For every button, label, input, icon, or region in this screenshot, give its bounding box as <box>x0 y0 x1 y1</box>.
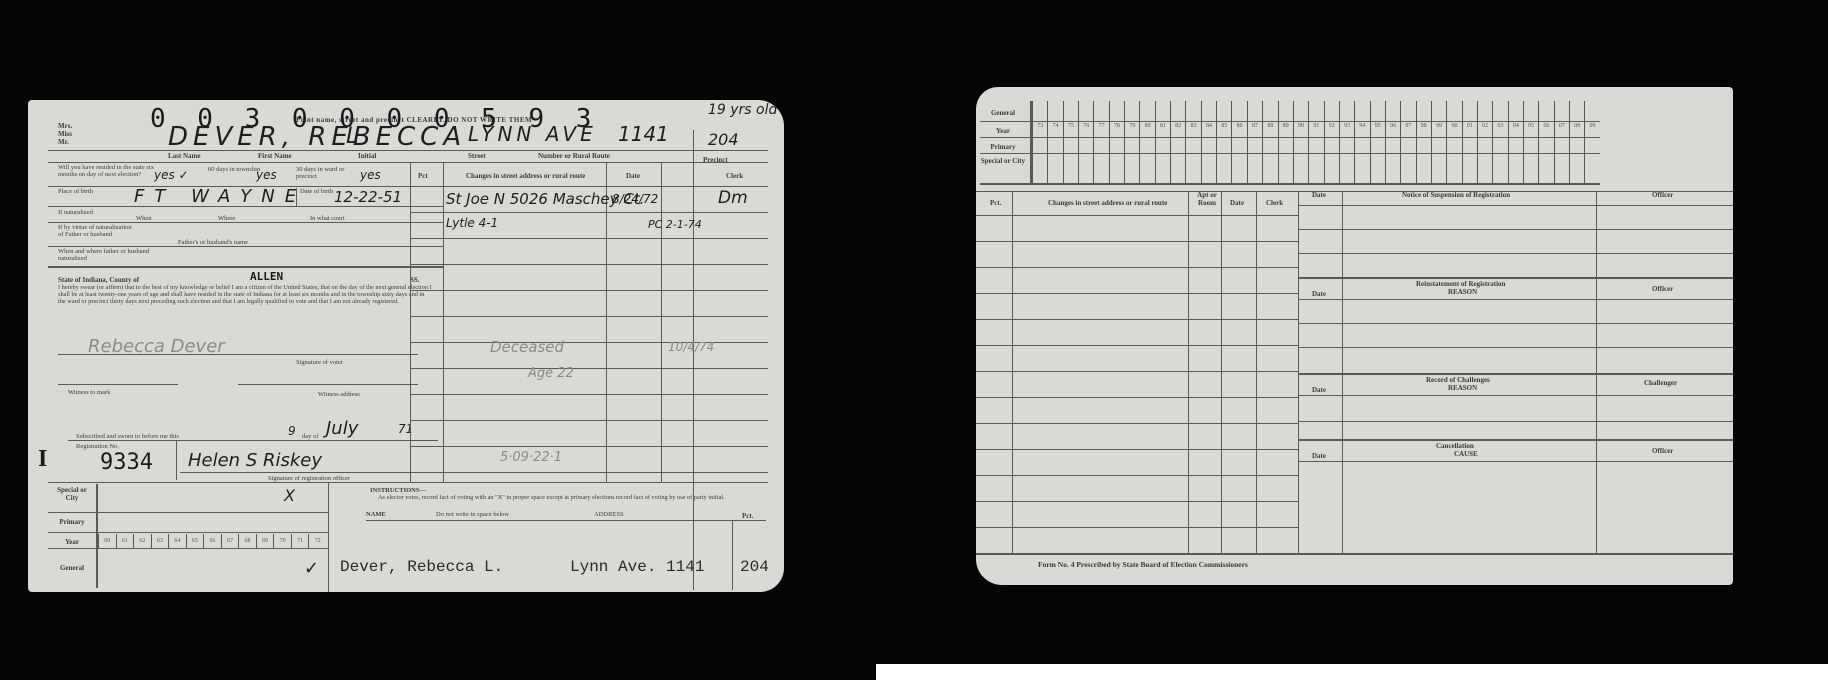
row-label-general: General <box>52 564 92 572</box>
change-text: Age 22 <box>528 366 574 381</box>
change-date: 8/24/72 <box>612 192 658 206</box>
year-label: 93 <box>1340 123 1354 129</box>
year-label: 79 <box>1125 123 1139 129</box>
year-label: 75 <box>1064 123 1078 129</box>
resided-question: Will you have resided in the state six m… <box>58 164 168 178</box>
year-cell: 63 <box>151 534 169 548</box>
reinstatement-reason-label: REASON <box>1448 288 1477 296</box>
by-virtue-label: If by virtue of naturalization of Father… <box>58 224 133 238</box>
year-label: 94 <box>1355 123 1369 129</box>
address-row-line <box>976 475 1298 476</box>
row-label-special: Special or City <box>52 486 92 502</box>
pct-header: Pct. <box>990 199 1001 207</box>
row-label-general: General <box>980 109 1026 117</box>
year-cell: 84 <box>1201 101 1216 183</box>
year-cell: 90 <box>1293 101 1308 183</box>
last-name-label: Last Name <box>168 152 200 160</box>
change-text: Lytle 4-1 <box>446 216 498 230</box>
typed-name: Dever, Rebecca L. <box>340 558 503 576</box>
challenger-label: Challenger <box>1644 379 1677 387</box>
precinct-handwritten: 204 <box>708 130 739 149</box>
year-label: 91 <box>1309 123 1323 129</box>
number-label: Number or Rural Route <box>538 152 610 160</box>
address-row-line <box>976 501 1298 502</box>
address-row-line <box>976 215 1298 216</box>
cancellation-officer-label: Officer <box>1652 447 1673 455</box>
do-not-write-label: Do not write in space below <box>436 510 509 519</box>
row-label-year: Year <box>980 127 1026 135</box>
officer-signature: Helen S Riskey <box>188 450 322 471</box>
year-label: 81 <box>1156 123 1170 129</box>
cancellation-cause-label: CAUSE <box>1454 450 1478 458</box>
cancellation-date-label: Date <box>1312 452 1326 460</box>
pct-header: Pct <box>418 172 428 180</box>
row-label-year: Year <box>52 538 92 546</box>
suspension-title: Notice of Suspension of Registration <box>1402 191 1510 199</box>
reinstatement-officer-label: Officer <box>1652 285 1673 293</box>
address-row-line <box>976 527 1298 528</box>
year-cell: 99 <box>1431 101 1446 183</box>
year-cell: 83 <box>1185 101 1200 183</box>
county-value: ALLEN <box>250 270 283 283</box>
year-cell: 74 <box>1047 101 1062 183</box>
year-label: 85 <box>1217 123 1231 129</box>
year-label: 87 <box>1248 123 1262 129</box>
year-label: 00 <box>1447 123 1461 129</box>
witness-mark-label: Witness to mark <box>68 388 110 397</box>
suspension-officer-label: Officer <box>1652 191 1673 199</box>
year-label: 99 <box>1432 123 1446 129</box>
registration-no-value: 9334 <box>100 450 153 475</box>
address-row-line <box>976 293 1298 294</box>
resided-value: yes ✓ <box>154 168 189 182</box>
date-header: Date <box>1230 199 1244 207</box>
special-vote-mark: X <box>284 486 295 505</box>
year-label: 08 <box>1570 123 1584 129</box>
year-label: 96 <box>1386 123 1400 129</box>
registration-card-front: 19 yrs old Print name, street and precin… <box>28 100 784 592</box>
place-of-birth-label: Place of birth <box>58 188 98 195</box>
year-cell: 98 <box>1416 101 1431 183</box>
place-of-birth-value: FT WAYNE <box>134 186 306 207</box>
year-label: 83 <box>1186 123 1200 129</box>
clerk-header: Clerk <box>726 172 743 180</box>
year-cell: 64 <box>168 534 186 548</box>
initial-label: Initial <box>358 152 376 160</box>
witness-address-label: Witness address <box>318 390 360 399</box>
year-label: 74 <box>1048 123 1062 129</box>
year-cell: 76 <box>1078 101 1093 183</box>
clerk-header: Clerk <box>1266 199 1283 207</box>
year-cell: 75 <box>1063 101 1078 183</box>
year-label: 07 <box>1555 123 1569 129</box>
year-cell: 62 <box>133 534 151 548</box>
year-label: 04 <box>1509 123 1523 129</box>
year-cell: 96 <box>1385 101 1400 183</box>
address-row-line <box>976 241 1298 242</box>
row-label-special: Special or City <box>980 157 1026 165</box>
year-cells: 60616263646566676869707172 <box>98 534 326 548</box>
initial-handwritten: L <box>346 124 358 149</box>
oath-text: I hereby swear (or affirm) that to the b… <box>58 284 433 305</box>
date-of-birth-value: 12-22-51 <box>334 188 402 206</box>
registration-marker: I <box>38 446 47 473</box>
year-cell: 67 <box>221 534 239 548</box>
typed-address: Lynn Ave. 1141 <box>570 558 704 576</box>
row-label-primary: Primary <box>980 143 1026 151</box>
year-cell: 88 <box>1262 101 1277 183</box>
registration-card-back: General Year Primary Special or City 737… <box>976 87 1733 585</box>
year-cell: 71 <box>291 534 309 548</box>
year-cell: 77 <box>1093 101 1108 183</box>
street-label: Street <box>468 152 486 160</box>
suspension-date-label: Date <box>1312 191 1326 199</box>
year-cells: 7374757677787980818283848586878889909192… <box>1032 101 1600 183</box>
year-label: 97 <box>1401 123 1415 129</box>
year-cell: 00 <box>1446 101 1461 183</box>
reinstatement-title: Reinstatement of Registration <box>1416 280 1505 288</box>
signature-voter-label: Signature of voter <box>296 358 343 367</box>
address-col-label: ADDRESS <box>594 510 624 519</box>
change-clerk: Dm <box>718 188 748 208</box>
name-col-label: NAME <box>366 510 386 519</box>
title-labels: Mrs. Miss Mr. <box>58 122 72 146</box>
apt-header: Apt or Room <box>1192 191 1222 207</box>
year-cell: 81 <box>1155 101 1170 183</box>
year-cell: 79 <box>1124 101 1139 183</box>
address-row-line <box>976 371 1298 372</box>
ward-value: yes <box>360 168 381 182</box>
year-label: 86 <box>1232 123 1246 129</box>
vote-grid-back: General Year Primary Special or City 737… <box>980 101 1600 185</box>
challenges-date-label: Date <box>1312 386 1326 394</box>
challenges-title: Record of Challenges <box>1426 376 1490 384</box>
year-cell: 80 <box>1139 101 1154 183</box>
year-cell: 73 <box>1032 101 1047 183</box>
year-label: 05 <box>1524 123 1538 129</box>
year-cell: 65 <box>186 534 204 548</box>
address-row-line <box>976 267 1298 268</box>
year-cell: 92 <box>1324 101 1339 183</box>
year-cell: 61 <box>116 534 134 548</box>
year-cell: 68 <box>238 534 256 548</box>
date-header: Date <box>626 172 640 180</box>
year-label: 89 <box>1279 123 1293 129</box>
year-label: 90 <box>1294 123 1308 129</box>
white-strip <box>876 664 1828 680</box>
naturalized-label: If naturalized <box>58 208 93 217</box>
year-label: 98 <box>1417 123 1431 129</box>
form-footer: Form No. 4 Prescribed by State Board of … <box>1038 561 1248 569</box>
reinstatement-date-label: Date <box>1312 290 1326 298</box>
year-label: 92 <box>1325 123 1339 129</box>
year-cell: 97 <box>1400 101 1415 183</box>
year-label: 06 <box>1539 123 1553 129</box>
year-cell: 86 <box>1231 101 1246 183</box>
year-cell: 05 <box>1523 101 1538 183</box>
address-row-line <box>976 319 1298 320</box>
year-label: 82 <box>1171 123 1185 129</box>
year-label: 84 <box>1202 123 1216 129</box>
month-value: July <box>326 418 358 439</box>
year-cell: 04 <box>1508 101 1523 183</box>
change-date: 10/4/74 <box>668 340 714 354</box>
year-cell: 95 <box>1370 101 1385 183</box>
first-name-label: First Name <box>258 152 292 160</box>
year-cell: 91 <box>1308 101 1323 183</box>
year-label: 73 <box>1033 123 1047 129</box>
general-vote-mark: ✓ <box>304 558 319 579</box>
changes-header: Changes in street address or rural route <box>466 172 585 180</box>
age-note: 19 yrs old <box>708 102 777 118</box>
year-cell: 07 <box>1554 101 1569 183</box>
address-row-line <box>976 397 1298 398</box>
change-date: PC 2-1-74 <box>648 218 702 231</box>
date-of-birth-label: Date of birth <box>300 188 336 195</box>
year-label: 88 <box>1263 123 1277 129</box>
year-label: 01 <box>1463 123 1477 129</box>
year-label: 76 <box>1079 123 1093 129</box>
year-cell: 72 <box>308 534 326 548</box>
year-cell: 01 <box>1462 101 1477 183</box>
year-cell: 66 <box>203 534 221 548</box>
year-cell: 09 <box>1584 101 1599 183</box>
year-cell: 87 <box>1247 101 1262 183</box>
instructions-text: As elector votes, record fact of voting … <box>378 494 758 501</box>
year-cell: 93 <box>1339 101 1354 183</box>
typed-pct: 204 <box>740 558 769 576</box>
year-cell: 08 <box>1569 101 1584 183</box>
year-label: 80 <box>1140 123 1154 129</box>
year-cell: 60 <box>98 534 116 548</box>
year-label: 09 <box>1585 123 1599 129</box>
address-row-line <box>976 345 1298 346</box>
challenges-reason-label: REASON <box>1448 384 1477 392</box>
year-label: 77 <box>1094 123 1108 129</box>
year-cell: 69 <box>256 534 274 548</box>
year-cell: 82 <box>1170 101 1185 183</box>
year-label: 02 <box>1478 123 1492 129</box>
year-cell: 85 <box>1216 101 1231 183</box>
changes-header: Changes in street address or rural route <box>1048 199 1167 207</box>
year-cell: 89 <box>1278 101 1293 183</box>
when-where-label: When and where father or husband natural… <box>58 248 153 262</box>
ward-label: 30 days in ward or precinct <box>296 166 366 180</box>
year-cell: 02 <box>1477 101 1492 183</box>
year-cell: 06 <box>1538 101 1553 183</box>
day-value: 9 <box>288 424 296 438</box>
cancellation-title: Cancellation <box>1436 442 1474 450</box>
change-text: 5·09·22·1 <box>500 450 562 465</box>
address-row-line <box>976 449 1298 450</box>
year-label: 95 <box>1371 123 1385 129</box>
year-label: 78 <box>1110 123 1124 129</box>
township-value: yes <box>256 168 277 182</box>
year-cell: 03 <box>1492 101 1507 183</box>
change-text: Deceased <box>490 338 564 356</box>
vote-grid-front: Special or City Primary Year General 606… <box>48 484 328 588</box>
year-cell: 70 <box>273 534 291 548</box>
address-row-line <box>976 423 1298 424</box>
row-label-primary: Primary <box>52 518 92 526</box>
year-label: 03 <box>1493 123 1507 129</box>
street-handwritten: LYNN AVE <box>468 122 597 146</box>
number-handwritten: 1141 <box>618 122 669 146</box>
year-cell: 94 <box>1354 101 1369 183</box>
name-handwritten: DEVER, REBECCA <box>168 122 466 152</box>
year-cell: 78 <box>1109 101 1124 183</box>
